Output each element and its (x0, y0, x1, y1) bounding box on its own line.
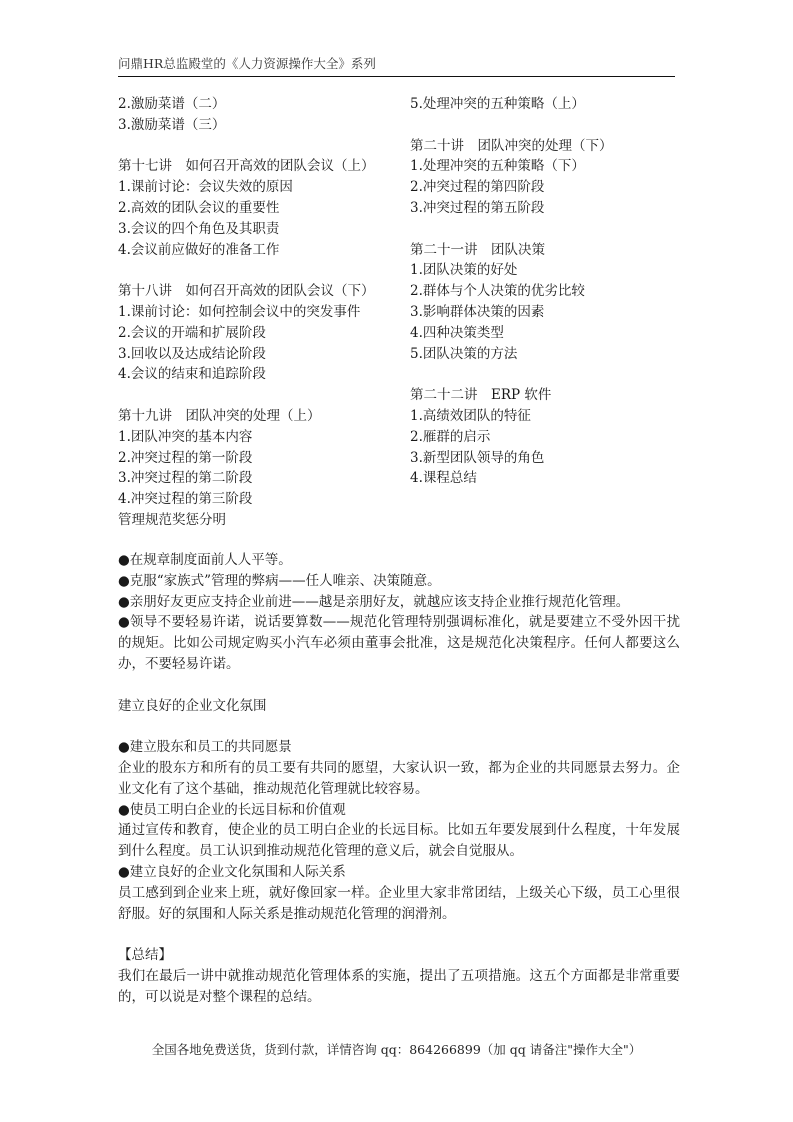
bullet-item: ●使员工明白企业的长远目标和价值观 (118, 800, 680, 821)
outline-line: 1.高绩效团队的特征 (410, 406, 680, 427)
outline-spacer (118, 385, 408, 406)
header-title: 问鼎HR总监殿堂的《人力资源操作大全》系列 (118, 56, 376, 71)
outline-line: 2.激励菜谱（二） (118, 94, 408, 115)
outline-line: 4.四种决策类型 (410, 323, 680, 344)
body-paragraph: 企业的股东方和所有的员工要有共同的愿望，大家认识一致，都为企业的共同愿景去努力。… (118, 758, 680, 800)
outline-line: 4.课程总结 (410, 468, 680, 489)
outline-line: 3.冲突过程的第五阶段 (410, 198, 680, 219)
bullet-item: ●克服“家族式”管理的弊病——任人唯亲、决策随意。 (118, 571, 680, 592)
outline-line: 1.处理冲突的五种策略（下） (410, 156, 680, 177)
outline-line: 4.会议前应做好的准备工作 (118, 240, 408, 261)
outline-spacer (118, 136, 408, 157)
outline-spacer (410, 364, 680, 385)
body-paragraph: 通过宣传和教育，使企业的员工明白企业的长远目标。比如五年要发展到什么程度，十年发… (118, 820, 680, 862)
outline-line: 1.课前讨论：如何控制会议中的突发事件 (118, 302, 408, 323)
page-header: 问鼎HR总监殿堂的《人力资源操作大全》系列 (118, 56, 675, 77)
outline-line: 2.高效的团队会议的重要性 (118, 198, 408, 219)
outline-line: 2.冲突过程的第四阶段 (410, 177, 680, 198)
outline-line: 1.团队决策的好处 (410, 260, 680, 281)
outline-line: 3.回收以及达成结论阶段 (118, 344, 408, 365)
body-spacer (118, 924, 680, 945)
lecture-title: 第十九讲 团队冲突的处理（上） (118, 406, 408, 427)
section-title: 管理规范奖惩分明 (118, 510, 408, 531)
outline-line: 5.处理冲突的五种策略（上） (410, 94, 680, 115)
lecture-title: 第十八讲 如何召开高效的团队会议（下） (118, 281, 408, 302)
section-heading: 建立良好的企业文化氛围 (118, 696, 680, 717)
outline-line: 3.新型团队领导的角色 (410, 448, 680, 469)
outline-line: 3.会议的四个角色及其职责 (118, 219, 408, 240)
outline-left-column: 2.激励菜谱（二） 3.激励菜谱（三） 第十七讲 如何召开高效的团队会议（上） … (118, 94, 408, 531)
body-spacer (118, 675, 680, 696)
outline-line: 2.雁群的启示 (410, 427, 680, 448)
bullet-item: ●建立良好的企业文化氛围和人际关系 (118, 862, 680, 883)
outline-line: 2.冲突过程的第一阶段 (118, 448, 408, 469)
body-spacer (118, 716, 680, 737)
outline-line: 4.冲突过程的第三阶段 (118, 489, 408, 510)
outline-line: 2.群体与个人决策的优劣比较 (410, 281, 680, 302)
lecture-title: 第十七讲 如何召开高效的团队会议（上） (118, 156, 408, 177)
outline-line: 3.冲突过程的第二阶段 (118, 468, 408, 489)
lecture-title: 第二十一讲 团队决策 (410, 240, 680, 261)
document-body: ●在规章制度面前人人平等。 ●克服“家族式”管理的弊病——任人唯亲、决策随意。 … (118, 550, 680, 1008)
body-paragraph: 员工感到到企业来上班，就好像回家一样。企业里大家非常团结，上级关心下级，员工心里… (118, 883, 680, 925)
outline-line: 1.团队冲突的基本内容 (118, 427, 408, 448)
outline-spacer (118, 260, 408, 281)
outline-spacer (410, 219, 680, 240)
outline-line: 1.课前讨论：会议失效的原因 (118, 177, 408, 198)
bullet-item: ●建立股东和员工的共同愿景 (118, 737, 680, 758)
summary-paragraph: 我们在最后一讲中就推动规范化管理体系的实施，提出了五项措施。这五个方面都是非常重… (118, 966, 680, 1008)
bullet-item: ●在规章制度面前人人平等。 (118, 550, 680, 571)
footer-contact-text: 全国各地免费送货，货到付款，详情咨询 qq：864266899（加 qq 请备注… (152, 1042, 642, 1057)
outline-line: 3.激励菜谱（三） (118, 115, 408, 136)
outline-right-column: 5.处理冲突的五种策略（上） 第二十讲 团队冲突的处理（下） 1.处理冲突的五种… (410, 94, 680, 489)
bullet-item: ●亲朋好友更应支持企业前进——越是亲朋好友，就越应该支持企业推行规范化管理。 (118, 592, 680, 613)
summary-heading: 【总结】 (118, 945, 680, 966)
bullet-item: ●领导不要轻易许诺，说话要算数——规范化管理特别强调标准化，就是要建立不受外因干… (118, 612, 680, 674)
page-footer: 全国各地免费送货，货到付款，详情咨询 qq：864266899（加 qq 请备注… (0, 1040, 793, 1058)
outline-line: 4.会议的结束和追踪阶段 (118, 364, 408, 385)
outline-spacer (410, 115, 680, 136)
lecture-title: 第二十讲 团队冲突的处理（下） (410, 136, 680, 157)
outline-line: 2.会议的开端和扩展阶段 (118, 323, 408, 344)
lecture-title: 第二十二讲 ERP 软件 (410, 385, 680, 406)
outline-line: 5.团队决策的方法 (410, 344, 680, 365)
outline-line: 3.影响群体决策的因素 (410, 302, 680, 323)
